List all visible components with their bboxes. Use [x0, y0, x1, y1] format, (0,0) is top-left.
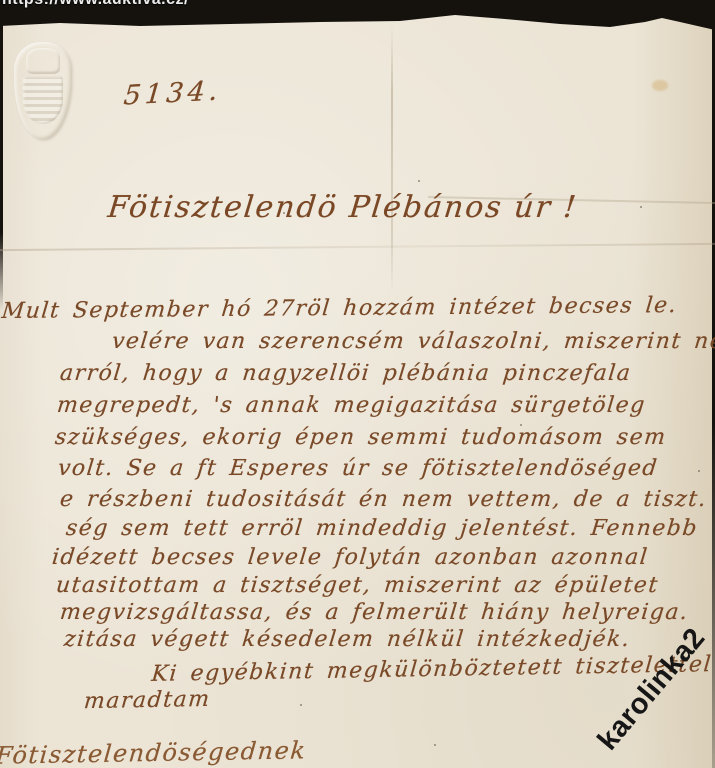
scanned-letter-page: https://www.auktiva.cz/ 5134. Fötisztele…	[0, 0, 715, 768]
vertical-fold-crease	[391, 26, 393, 294]
handwritten-line: Ki egyébkint megkülönböztetett tisztelet…	[150, 652, 713, 687]
paper-stain	[652, 80, 668, 91]
handwritten-line: volt. Se a ft Esperes úr se fötisztelend…	[57, 456, 660, 481]
handwritten-line: szükséges, ekorig épen semmi tudomásom s…	[54, 425, 668, 450]
handwritten-line: zitása végett késedelem nélkül intézkedj…	[63, 627, 632, 652]
reference-number: 5134.	[122, 75, 223, 111]
paper-speck	[418, 180, 420, 182]
left-edge-shadow	[0, 0, 3, 310]
paper-speck	[300, 704, 302, 706]
handwritten-line: arról, hogy a nagyzellöi plébánia pincze…	[59, 361, 633, 386]
handwritten-line: maradtam	[83, 687, 212, 714]
handwritten-line: idézett becses levele folytán azonban az…	[51, 545, 650, 570]
horizontal-fold-crease	[0, 243, 715, 251]
handwritten-line: velére van szerencsém válaszolni, miszer…	[111, 329, 715, 354]
handwritten-line: megvizsgáltassa, és a felmerült hiány he…	[59, 600, 690, 625]
handwritten-line: megrepedt, 's annak megigazitása sürgetö…	[56, 393, 647, 418]
paper-speck	[434, 744, 436, 746]
handwritten-line: utasitottam a tisztséget, miszerint az é…	[55, 573, 660, 598]
addressee-footer-line: Fötisztelendöségednek	[0, 736, 308, 768]
paper-speck	[640, 206, 642, 208]
salutation-line: Fötisztelendö Plébános úr !	[106, 190, 579, 225]
handwritten-line: Mult September hó 27röl hozzám intézet b…	[0, 293, 678, 324]
source-url-overlay-text: https://www.auktiva.cz/	[2, 0, 189, 9]
handwritten-line: e részbeni tudositását én nem vettem, de…	[59, 487, 709, 512]
embossed-seal-icon	[14, 42, 72, 140]
paper-speck	[698, 470, 700, 472]
handwritten-line: ség sem tett erröl mindeddig jelentést. …	[65, 516, 700, 541]
